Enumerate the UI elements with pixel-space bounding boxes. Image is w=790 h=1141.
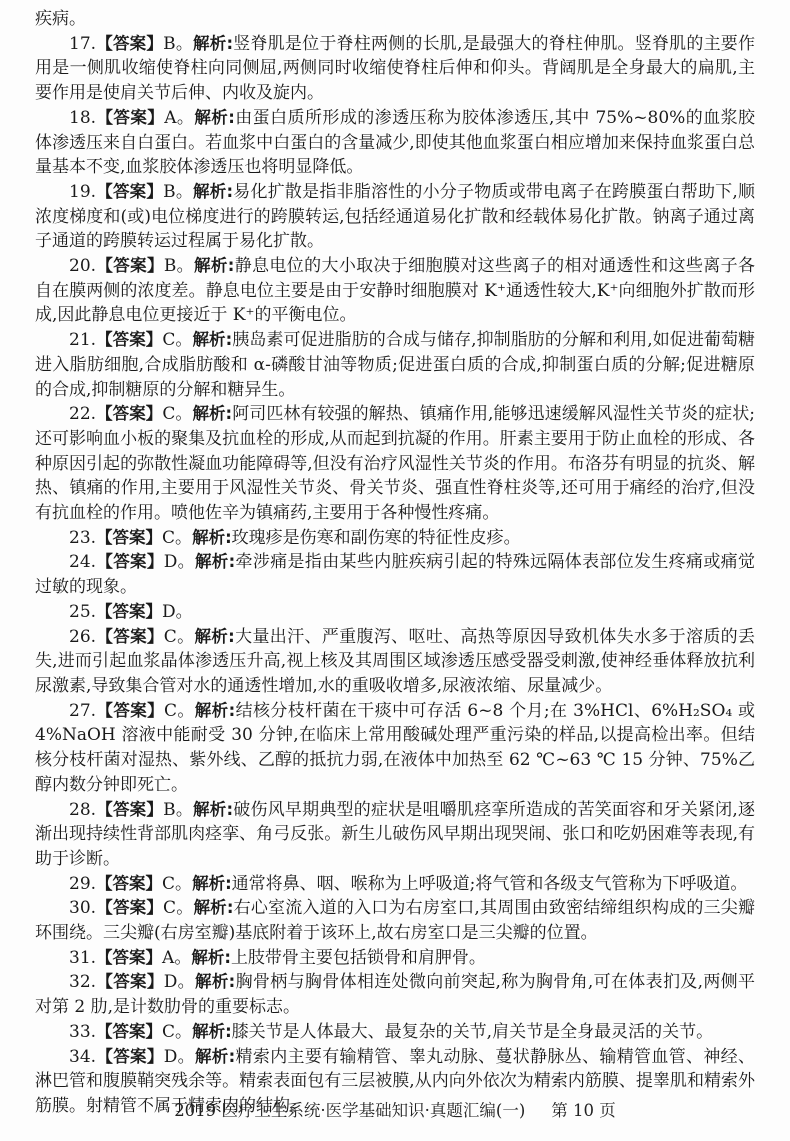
- item-number: 34.: [69, 1047, 96, 1067]
- analysis-label: 解析:: [194, 108, 234, 127]
- answer-item-23: 23.【答案】C。解析:玫瑰疹是伤寒和副伤寒的特征性皮疹。: [35, 526, 755, 551]
- analysis-label: 解析:: [195, 552, 235, 571]
- answer-label: 【答案】: [96, 528, 162, 547]
- answer-label: 【答案】: [96, 330, 162, 349]
- item-number: 31.: [69, 948, 96, 968]
- analysis-text: 通常将鼻、咽、喉称为上呼吸道;将气管和各级支气管称为下呼吸道。: [232, 874, 748, 894]
- answer-key-body: 疾病。 17.【答案】B。解析:竖脊肌是位于脊柱两侧的长肌,是最强大的脊柱伸肌。…: [0, 0, 790, 1119]
- answer-letter: B。: [163, 800, 193, 820]
- footer-page-number: 第 10 页: [551, 1101, 616, 1120]
- answer-item-33: 33.【答案】C。解析:膝关节是人体最大、最复杂的关节,肩关节是全身最灵活的关节…: [35, 1020, 755, 1045]
- answer-letter: B。: [163, 182, 193, 202]
- answer-label: 【答案】: [96, 108, 164, 127]
- answer-letter: C。: [162, 874, 192, 894]
- item-number: 28.: [69, 800, 96, 820]
- answer-item-21: 21.【答案】C。解析:胰岛素可促进脂肪的合成与储存,抑制脂肪的分解和利用,如促…: [35, 328, 755, 402]
- analysis-label: 解析:: [194, 627, 234, 646]
- analysis-text: 上肢带骨主要包括锁骨和肩胛骨。: [231, 948, 486, 968]
- answer-label: 【答案】: [96, 874, 162, 893]
- answer-letter: C。: [162, 1022, 192, 1042]
- answer-label: 【答案】: [96, 404, 162, 423]
- answer-item-26: 26.【答案】C。解析:大量出汗、严重腹泻、呕吐、高热等原因导致机体失水多于溶质…: [35, 625, 755, 699]
- answer-label: 【答案】: [96, 256, 164, 275]
- answer-letter: A。: [164, 108, 194, 128]
- analysis-label: 解析:: [195, 972, 235, 991]
- continuation-paragraph: 疾病。: [35, 7, 755, 32]
- analysis-label: 解析:: [192, 1022, 232, 1041]
- document-page: { "page": { "continuation": "疾病。", "item…: [0, 0, 790, 1141]
- answer-letter: B。: [163, 34, 193, 54]
- answer-item-20: 20.【答案】B。解析:静息电位的大小取决于细胞膜对这些离子的相对通透性和这些离…: [35, 254, 755, 328]
- item-number: 21.: [69, 330, 96, 350]
- analysis-label: 解析:: [195, 701, 235, 720]
- analysis-text: 玫瑰疹是伤寒和副伤寒的特征性皮疹。: [232, 528, 521, 548]
- answer-item-22: 22.【答案】C。解析:阿司匹林有较强的解热、镇痛作用,能够迅速缓解风湿性关节炎…: [35, 402, 755, 526]
- answer-item-28: 28.【答案】B。解析:破伤风早期典型的症状是咀嚼肌痉挛所造成的苦笑面容和牙关紧…: [35, 798, 755, 872]
- answer-label: 【答案】: [96, 948, 162, 967]
- item-number: 20.: [69, 256, 96, 276]
- answer-label: 【答案】: [96, 602, 162, 621]
- analysis-label: 解析:: [192, 874, 232, 893]
- answer-label: 【答案】: [96, 34, 163, 53]
- answer-letter: C。: [164, 701, 195, 721]
- answer-item-30: 30.【答案】C。解析:右心室流入道的入口为右房室口,其周围由致密结缔组织构成的…: [35, 896, 755, 945]
- answer-item-31: 31.【答案】A。解析:上肢带骨主要包括锁骨和肩胛骨。: [35, 946, 755, 971]
- footer-book-title: 2019 医疗卫生系统·医学基础知识·真题汇编(一): [174, 1101, 525, 1120]
- analysis-label: 解析:: [192, 404, 232, 423]
- answer-letter: D。: [164, 1047, 195, 1067]
- analysis-label: 解析:: [193, 330, 233, 349]
- item-number: 24.: [69, 552, 96, 572]
- item-number: 33.: [69, 1022, 96, 1042]
- answer-letter: C。: [162, 528, 192, 548]
- answer-label: 【答案】: [96, 800, 163, 819]
- answer-letter: B。: [164, 256, 194, 276]
- answer-item-29: 29.【答案】C。解析:通常将鼻、咽、喉称为上呼吸道;将气管和各级支气管称为下呼…: [35, 872, 755, 897]
- item-number: 30.: [69, 898, 96, 918]
- item-number: 17.: [69, 34, 96, 54]
- item-number: 18.: [69, 108, 96, 128]
- answer-letter: C。: [162, 330, 192, 350]
- answer-item-19: 19.【答案】B。解析:易化扩散是指非脂溶性的小分子物质或带电离子在跨膜蛋白帮助…: [35, 180, 755, 254]
- answer-letter: C。: [163, 898, 193, 918]
- answer-item-24: 24.【答案】D。解析:牵涉痛是指由某些内脏疾病引起的特殊远隔体表部位发生疼痛或…: [35, 550, 755, 599]
- item-number: 26.: [69, 627, 96, 647]
- analysis-label: 解析:: [193, 34, 233, 53]
- answer-label: 【答案】: [96, 701, 164, 720]
- answer-label: 【答案】: [96, 552, 164, 571]
- answer-label: 【答案】: [96, 627, 164, 646]
- answer-item-17: 17.【答案】B。解析:竖脊肌是位于脊柱两侧的长肌,是最强大的脊柱伸肌。竖脊肌的…: [35, 32, 755, 106]
- item-number: 32.: [69, 972, 96, 992]
- continuation-text: 疾病。: [35, 9, 86, 29]
- answer-item-25: 25.【答案】D。: [35, 600, 755, 625]
- analysis-label: 解析:: [195, 1047, 235, 1066]
- analysis-label: 解析:: [192, 528, 232, 547]
- answer-label: 【答案】: [96, 972, 164, 991]
- answer-label: 【答案】: [96, 1047, 164, 1066]
- answer-letter: C。: [162, 404, 192, 424]
- answer-label: 【答案】: [96, 182, 163, 201]
- page-footer: 2019 医疗卫生系统·医学基础知识·真题汇编(一)第 10 页: [0, 1097, 790, 1121]
- analysis-label: 解析:: [194, 256, 234, 275]
- answer-item-32: 32.【答案】D。解析:胸骨柄与胸骨体相连处微向前突起,称为胸骨角,可在体表扪及…: [35, 970, 755, 1019]
- item-number: 22.: [69, 404, 96, 424]
- answer-letter: D。: [164, 972, 195, 992]
- answer-letter: C。: [164, 627, 195, 647]
- item-number: 23.: [69, 528, 96, 548]
- answer-letter: A。: [162, 948, 191, 968]
- item-number: 29.: [69, 874, 96, 894]
- item-number: 19.: [69, 182, 96, 202]
- answer-label: 【答案】: [96, 898, 163, 917]
- analysis-text: 膝关节是人体最大、最复杂的关节,肩关节是全身最灵活的关节。: [232, 1022, 713, 1042]
- answer-letter: D。: [162, 602, 193, 622]
- answer-letter: D。: [164, 552, 195, 572]
- analysis-label: 解析:: [193, 800, 233, 819]
- answer-item-18: 18.【答案】A。解析:由蛋白质所形成的渗透压称为胶体渗透压,其中 75%~80…: [35, 106, 755, 180]
- analysis-label: 解析:: [191, 948, 231, 967]
- item-number: 27.: [69, 701, 96, 721]
- analysis-label: 解析:: [193, 898, 233, 917]
- analysis-label: 解析:: [193, 182, 233, 201]
- item-number: 25.: [69, 602, 96, 622]
- answer-item-27: 27.【答案】C。解析:结核分枝杆菌在干痰中可存活 6~8 个月;在 3%HCl…: [35, 699, 755, 798]
- answer-label: 【答案】: [96, 1022, 162, 1041]
